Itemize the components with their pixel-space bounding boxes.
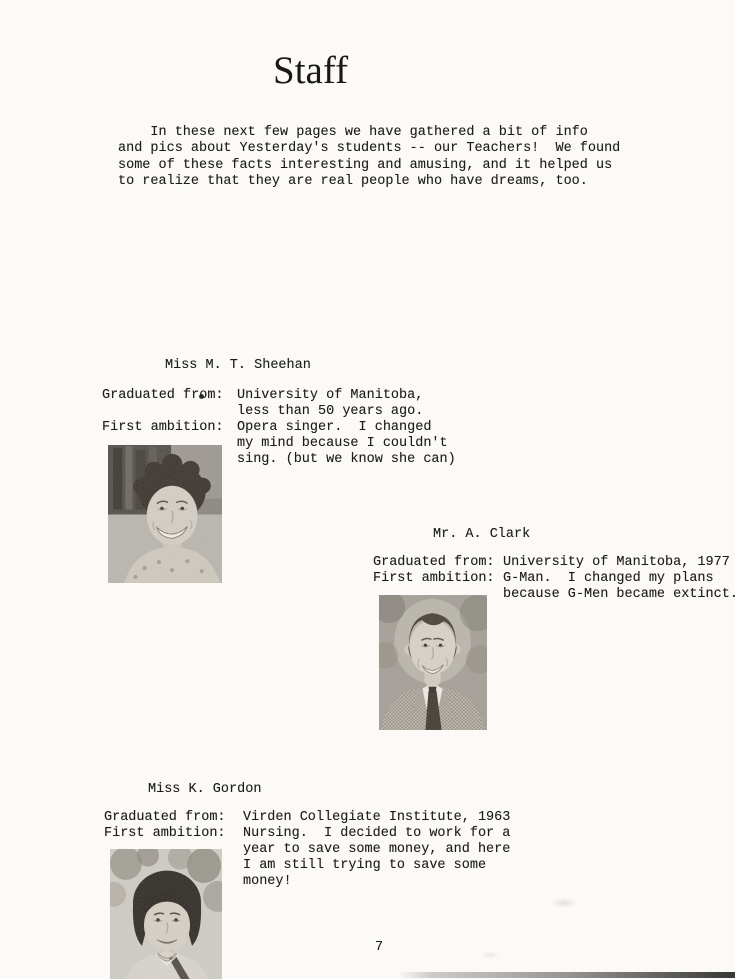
scan-smudge <box>550 898 578 908</box>
ink-smudge <box>199 394 204 399</box>
portrait-photo-gordon <box>110 849 222 979</box>
graduated-from-label: Graduated from: <box>102 388 224 404</box>
scan-smudge <box>480 951 500 959</box>
staff-name: Miss M. T. Sheehan <box>165 358 311 374</box>
yearbook-page: Staff In these next few pages we have ga… <box>0 0 735 979</box>
graduated-from-label: Graduated from: <box>373 555 495 571</box>
scan-edge-shadow <box>398 972 735 978</box>
first-ambition-value: Nursing. I decided to work for a year to… <box>243 826 510 890</box>
graduated-from-label: Graduated from: <box>104 810 226 826</box>
first-ambition-value: Opera singer. I changed my mind because … <box>237 420 456 468</box>
page-number: 7 <box>375 940 383 956</box>
page-title: Staff <box>273 51 348 90</box>
portrait-photo-clark <box>379 595 487 730</box>
staff-name: Mr. A. Clark <box>433 527 530 543</box>
first-ambition-label: First ambition: <box>373 571 495 587</box>
graduated-from-value: Virden Collegiate Institute, 1963 <box>243 810 510 826</box>
portrait-photo-sheehan <box>108 445 222 583</box>
first-ambition-value: G-Man. I changed my plans because G-Men … <box>503 571 735 603</box>
intro-paragraph: In these next few pages we have gathered… <box>118 125 620 190</box>
graduated-from-value: University of Manitoba, 1977 <box>503 555 730 571</box>
first-ambition-label: First ambition: <box>102 420 224 436</box>
graduated-from-value: University of Manitoba, less than 50 yea… <box>237 388 423 420</box>
staff-name: Miss K. Gordon <box>148 782 261 798</box>
first-ambition-label: First ambition: <box>104 826 226 842</box>
